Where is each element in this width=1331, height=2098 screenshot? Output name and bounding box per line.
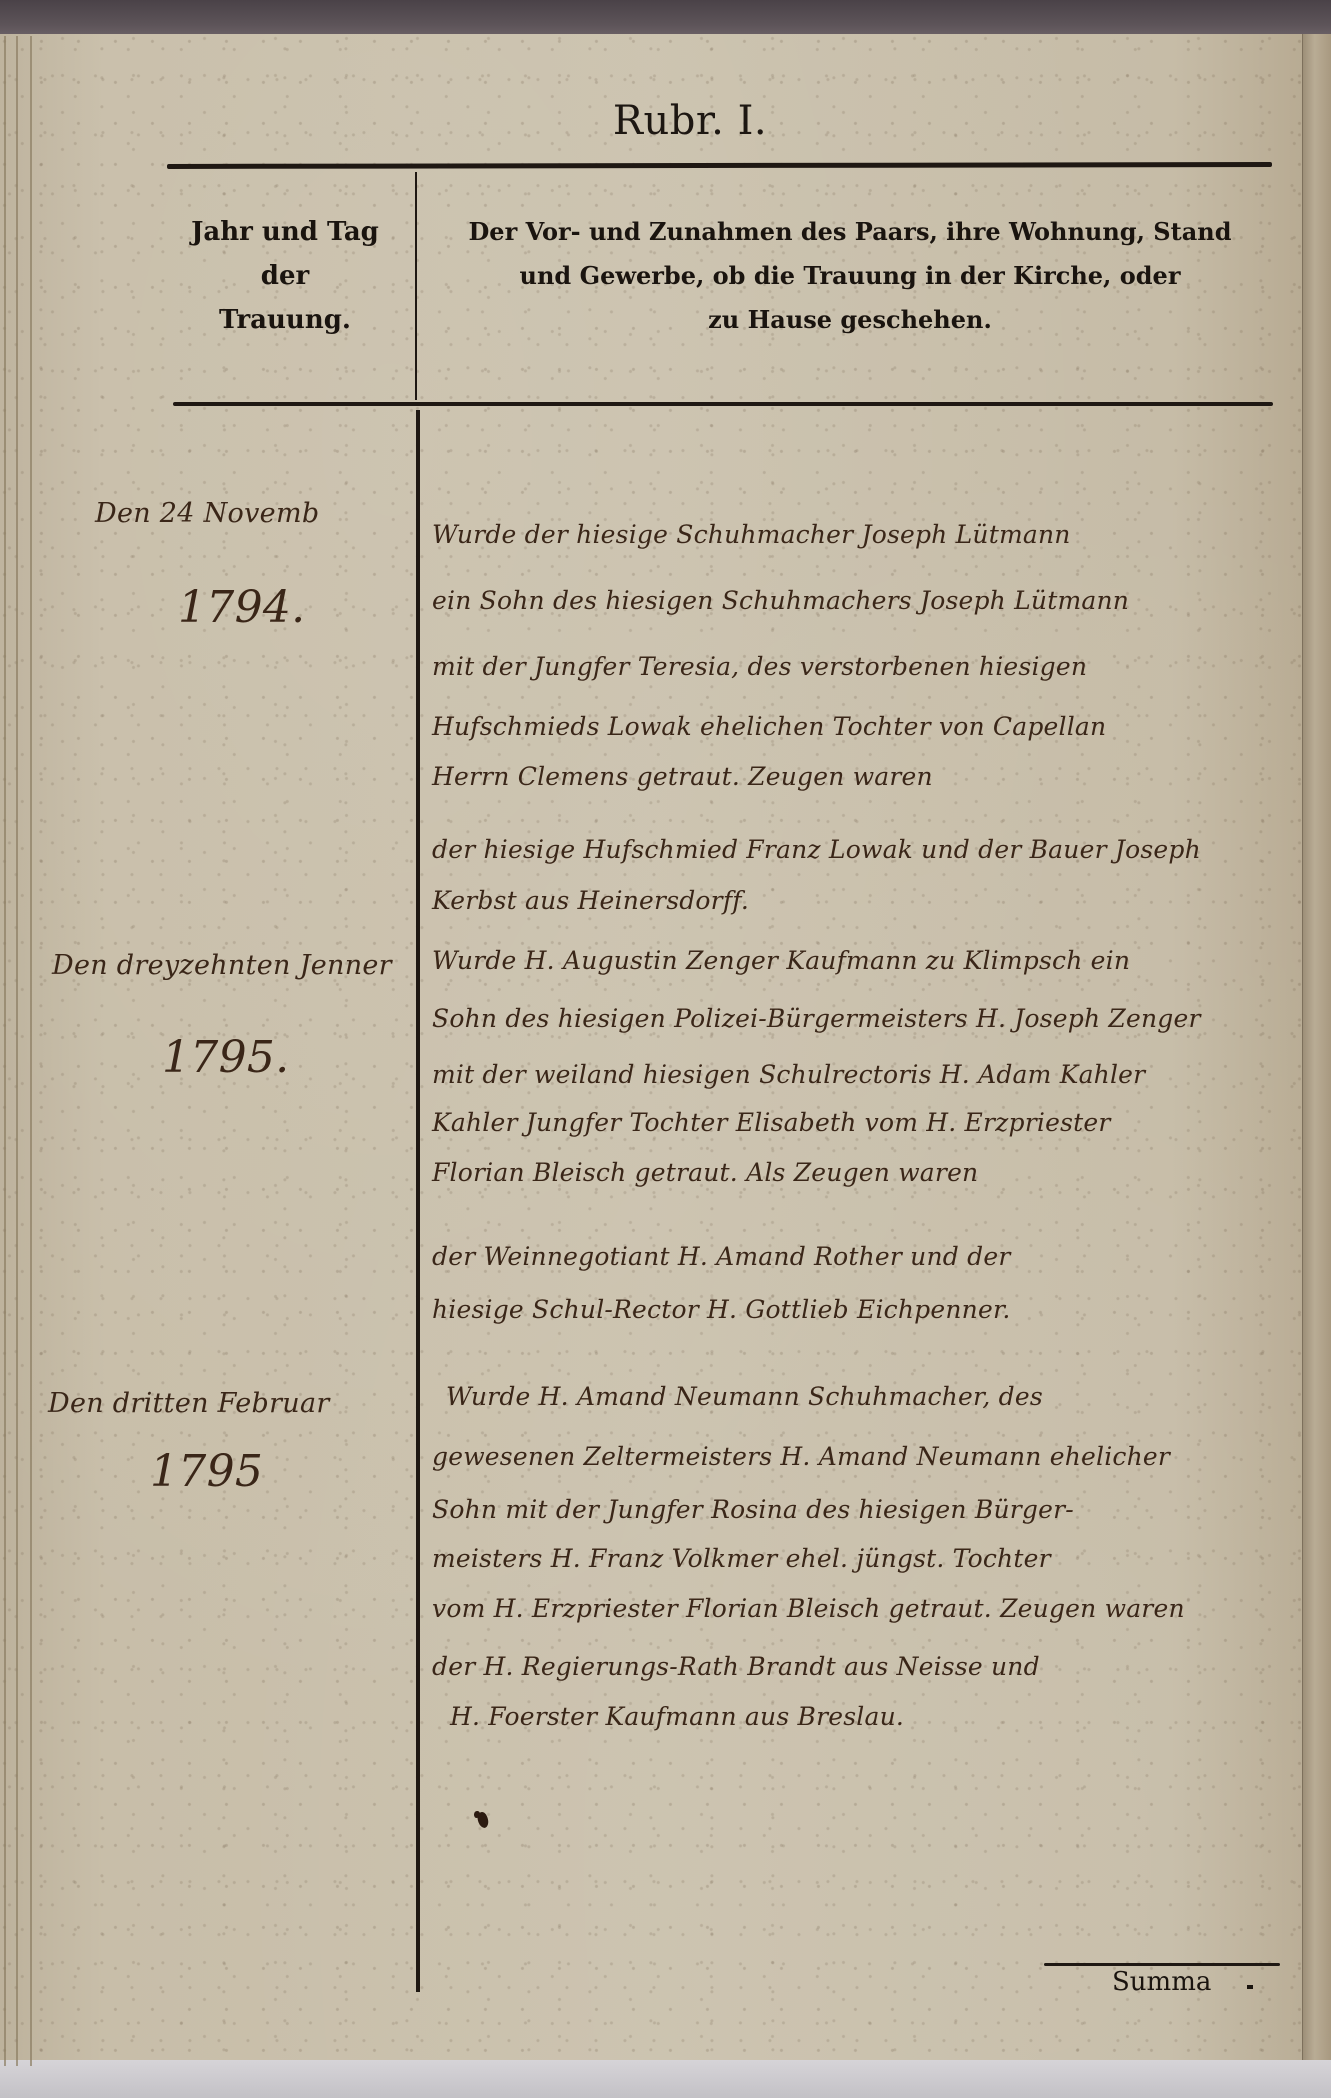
entry-text-line: ein Sohn des hiesigen Schuhmachers Josep… <box>432 586 1129 615</box>
header-line: Der Vor- und Zunahmen des Paars, ihre Wo… <box>420 210 1280 254</box>
summa-label: Summa <box>1112 1967 1211 1997</box>
entry-year: 1795 <box>150 1446 263 1497</box>
entry-text-line: Sohn mit der Jungfer Rosina des hiesigen… <box>432 1495 1074 1524</box>
entry-text-line: mit der Jungfer Teresia, des verstorbene… <box>432 652 1087 681</box>
entry-text-line: meisters H. Franz Volkmer ehel. jüngst. … <box>432 1544 1051 1573</box>
page-edge-line <box>30 36 32 2066</box>
entry-text-line: Hufschmieds Lowak ehelichen Tochter von … <box>432 712 1106 741</box>
page-edge-line <box>4 36 6 2066</box>
entry-text-line: der hiesige Hufschmied Franz Lowak und d… <box>432 835 1201 864</box>
entry-text-line: Wurde der hiesige Schuhmacher Joseph Lüt… <box>432 520 1071 549</box>
entry-text-line: Kahler Jungfer Tochter Elisabeth vom H. … <box>432 1108 1111 1137</box>
entry-text-line: Wurde H. Amand Neumann Schuhmacher, des <box>446 1382 1043 1411</box>
header-column-divider <box>415 172 417 400</box>
entry-date: Den dreyzehnten Jenner <box>52 950 392 981</box>
entry-text-line: Sohn des hiesigen Polizei-Bürgermeisters… <box>432 1004 1201 1033</box>
header-bottom-rule <box>173 402 1273 406</box>
column-divider <box>416 410 420 1992</box>
background-bottom <box>0 2060 1331 2098</box>
entry-date: Den 24 Novemb <box>95 498 319 529</box>
entry-year: 1795. <box>162 1032 289 1083</box>
page-stack-edge <box>1302 34 1331 2064</box>
header-line: Jahr und Tag <box>170 210 400 254</box>
header-line: und Gewerbe, ob die Trauung in der Kirch… <box>420 254 1280 298</box>
background-top <box>0 0 1331 36</box>
entry-text-line: Florian Bleisch getraut. Als Zeugen ware… <box>432 1158 978 1187</box>
entry-text-line: gewesenen Zeltermeisters H. Amand Neuman… <box>432 1442 1170 1471</box>
summa-rule <box>1044 1963 1280 1966</box>
header-line: der <box>170 254 400 298</box>
entry-text-line: vom H. Erzpriester Florian Bleisch getra… <box>432 1594 1185 1623</box>
entry-text-line: der Weinnegotiant H. Amand Rother und de… <box>432 1242 1010 1271</box>
header-line: Trauung. <box>170 298 400 342</box>
entry-text-line: der H. Regierungs-Rath Brandt aus Neisse… <box>432 1652 1040 1681</box>
entry-text-line: mit der weiland hiesigen Schulrectoris H… <box>432 1060 1145 1089</box>
entry-text-line: H. Foerster Kaufmann aus Breslau. <box>450 1702 904 1731</box>
entry-text-line: Herrn Clemens getraut. Zeugen waren <box>432 762 933 791</box>
entry-text-line: Kerbst aus Heinersdorff. <box>432 886 749 915</box>
summa-value-mark <box>1247 1985 1253 1989</box>
page-edge-line <box>16 36 18 2066</box>
entry-year: 1794. <box>178 582 305 633</box>
header-line: zu Hause geschehen. <box>420 298 1280 342</box>
column-header-date: Jahr und Tag der Trauung. <box>170 210 400 342</box>
entry-text-line: Wurde H. Augustin Zenger Kaufmann zu Kli… <box>432 946 1130 975</box>
entry-date: Den dritten Februar <box>48 1388 330 1419</box>
rubric-title: Rubr. I. <box>560 98 820 144</box>
entry-text-line: hiesige Schul-Rector H. Gottlieb Eichpen… <box>432 1295 1011 1324</box>
column-header-details: Der Vor- und Zunahmen des Paars, ihre Wo… <box>420 210 1280 342</box>
